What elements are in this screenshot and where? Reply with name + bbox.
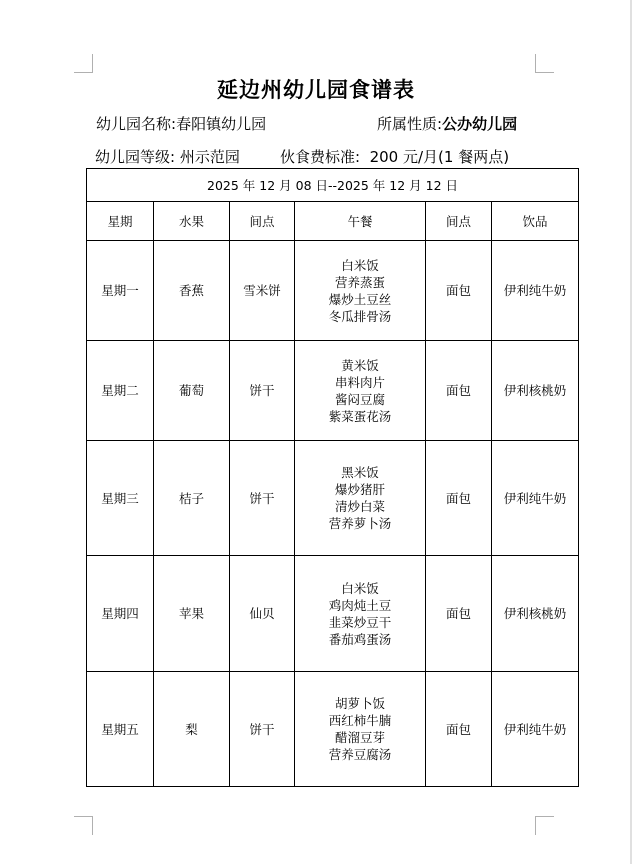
snack1-cell: 仙贝 [230,556,295,672]
document-title: 延边州幼儿园食谱表 [0,74,632,104]
table-row: 星期一 香蕉 雪米饼 白米饭 营养蒸蛋 爆炒土豆丝 冬瓜排骨汤 面包 伊利纯牛奶 [87,241,579,341]
grade-line: 幼儿园等级: 州示范园 [95,146,240,167]
lunch-item: 白米饭 [295,580,425,597]
snack2-cell: 面包 [426,672,492,787]
lunch-item: 串料肉片 [295,374,425,391]
header-row: 星期 水果 间点 午餐 间点 饮品 [87,202,579,241]
lunch-item: 营养蒸蛋 [295,274,425,291]
drink-cell: 伊利纯牛奶 [492,241,579,341]
lunch-item: 黑米饭 [295,464,425,481]
day-cell: 星期五 [87,672,154,787]
fruit-cell: 梨 [154,672,230,787]
lunch-cell: 白米饭 鸡肉炖土豆 韭菜炒豆干 番茄鸡蛋汤 [295,556,426,672]
snack1-cell: 饼干 [230,441,295,556]
lunch-item: 西红柿牛腩 [295,712,425,729]
lunch-item: 黄米饭 [295,357,425,374]
lunch-item: 鸡肉炖土豆 [295,597,425,614]
date-range-row: 2025 年 12 月 08 日--2025 年 12 月 12 日 [87,169,579,202]
drink-cell: 伊利核桃奶 [492,556,579,672]
lunch-item: 冬瓜排骨汤 [295,308,425,325]
day-cell: 星期三 [87,441,154,556]
lunch-cell: 黄米饭 串料肉片 酱闷豆腐 紫菜蛋花汤 [295,341,426,441]
day-cell: 星期四 [87,556,154,672]
header-drink: 饮品 [492,202,579,241]
lunch-item: 爆炒猪肝 [295,481,425,498]
day-cell: 星期二 [87,341,154,441]
lunch-cell: 白米饭 营养蒸蛋 爆炒土豆丝 冬瓜排骨汤 [295,241,426,341]
header-snack-2: 间点 [426,202,492,241]
header-lunch: 午餐 [295,202,426,241]
table-row: 星期四 苹果 仙贝 白米饭 鸡肉炖土豆 韭菜炒豆干 番茄鸡蛋汤 面包 伊利核桃奶 [87,556,579,672]
lunch-item: 醋溜豆芽 [295,729,425,746]
snack2-cell: 面包 [426,556,492,672]
fruit-cell: 葡萄 [154,341,230,441]
ownership-label: 所属性质: [377,115,442,133]
lunch-item: 爆炒土豆丝 [295,291,425,308]
lunch-item: 胡萝卜饭 [295,695,425,712]
margin-corner-mark-bottom-right [535,816,554,835]
table-row: 星期五 梨 饼干 胡萝卜饭 西红柿牛腩 醋溜豆芽 营养豆腐汤 面包 伊利纯牛奶 [87,672,579,787]
menu-table: 2025 年 12 月 08 日--2025 年 12 月 12 日 星期 水果… [86,168,579,787]
drink-cell: 伊利纯牛奶 [492,672,579,787]
drink-cell: 伊利核桃奶 [492,341,579,441]
ownership-line: 所属性质:公办幼儿园 [377,113,517,134]
table-row: 星期二 葡萄 饼干 黄米饭 串料肉片 酱闷豆腐 紫菜蛋花汤 面包 伊利核桃奶 [87,341,579,441]
lunch-cell: 胡萝卜饭 西红柿牛腩 醋溜豆芽 营养豆腐汤 [295,672,426,787]
margin-corner-mark-bottom-left [74,816,93,835]
snack1-cell: 雪米饼 [230,241,295,341]
kindergarten-name: 春阳镇幼儿园 [176,115,266,133]
lunch-item: 营养萝卜汤 [295,515,425,532]
table-row: 星期三 桔子 饼干 黑米饭 爆炒猪肝 清炒白菜 营养萝卜汤 面包 伊利纯牛奶 [87,441,579,556]
header-day: 星期 [87,202,154,241]
snack2-cell: 面包 [426,341,492,441]
lunch-item: 白米饭 [295,257,425,274]
drink-cell: 伊利纯牛奶 [492,441,579,556]
lunch-item: 紫菜蛋花汤 [295,408,425,425]
fruit-cell: 苹果 [154,556,230,672]
header-fruit: 水果 [154,202,230,241]
fee-label: 伙食费标准: [280,148,360,166]
snack1-cell: 饼干 [230,341,295,441]
lunch-cell: 黑米饭 爆炒猪肝 清炒白菜 营养萝卜汤 [295,441,426,556]
snack2-cell: 面包 [426,441,492,556]
header-snack-1: 间点 [230,202,295,241]
day-cell: 星期一 [87,241,154,341]
kindergarten-name-label: 幼儿园名称: [96,115,176,133]
lunch-item: 番茄鸡蛋汤 [295,631,425,648]
kindergarten-name-line: 幼儿园名称:春阳镇幼儿园 [96,113,266,134]
snack1-cell: 饼干 [230,672,295,787]
fee-line: 伙食费标准: 200 元/月(1 餐两点) [280,146,509,167]
lunch-item: 韭菜炒豆干 [295,614,425,631]
fruit-cell: 桔子 [154,441,230,556]
snack2-cell: 面包 [426,241,492,341]
lunch-item: 营养豆腐汤 [295,746,425,763]
fee-value: 200 元/月(1 餐两点) [360,148,509,166]
grade-value: 州示范园 [175,148,240,166]
grade-label: 幼儿园等级: [95,148,175,166]
date-range: 2025 年 12 月 08 日--2025 年 12 月 12 日 [87,169,579,202]
lunch-item: 酱闷豆腐 [295,391,425,408]
lunch-item: 清炒白菜 [295,498,425,515]
ownership-value: 公办幼儿园 [442,115,517,133]
margin-corner-mark-top-left [74,54,93,73]
fruit-cell: 香蕉 [154,241,230,341]
margin-corner-mark-top-right [535,54,554,73]
